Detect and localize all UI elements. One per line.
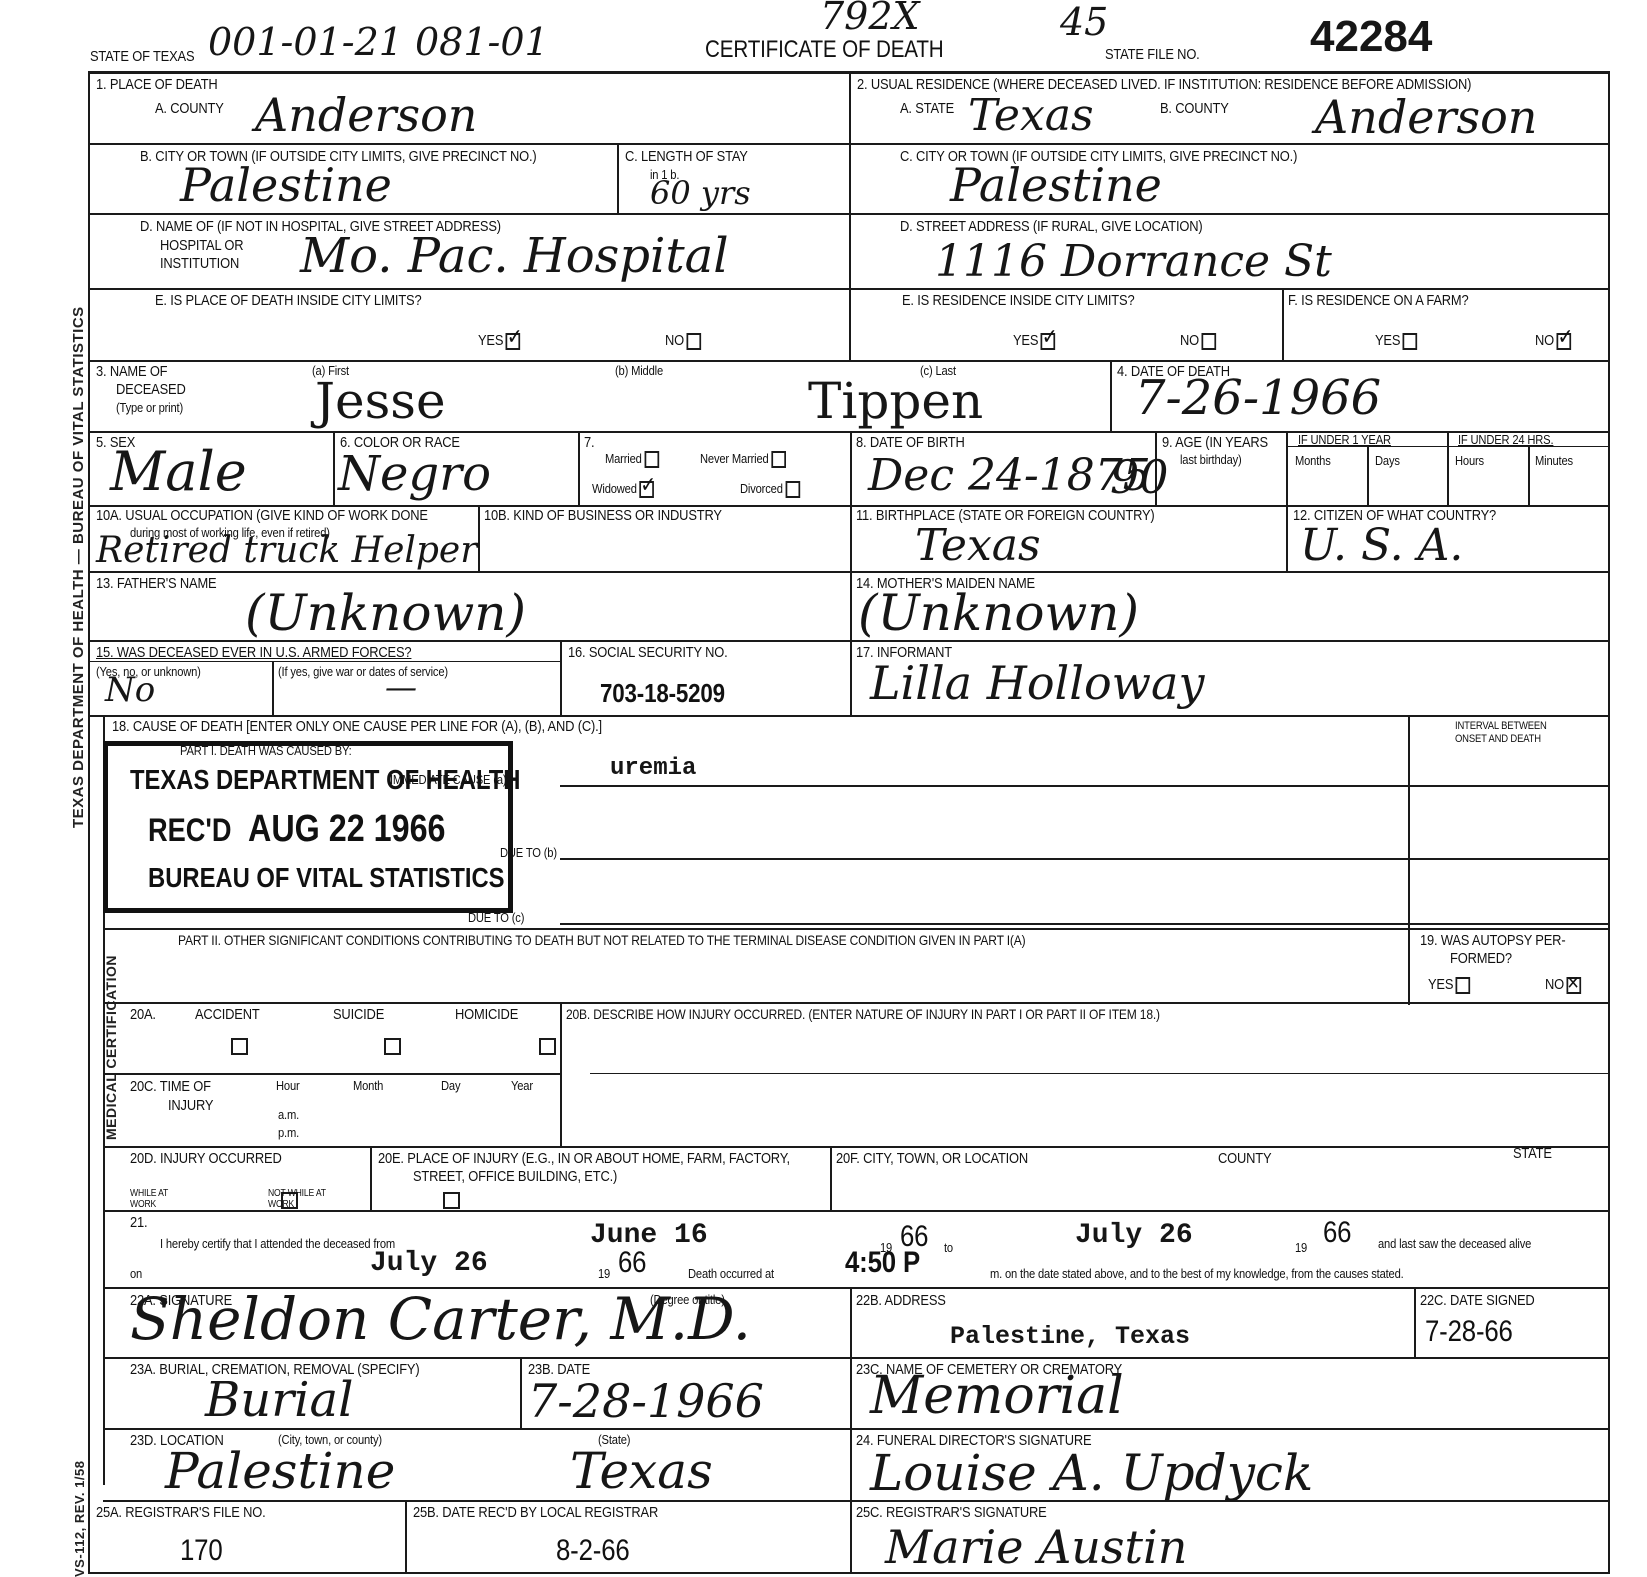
ssn-label: 16. SOCIAL SECURITY NO.	[568, 644, 728, 661]
married-label: Married	[605, 451, 642, 466]
checkbox-checked[interactable]	[639, 481, 654, 498]
marital-married[interactable]: Married	[605, 451, 659, 468]
name-label-3: (Type or print)	[116, 400, 183, 415]
marital-never-married[interactable]: Never Married	[700, 451, 786, 468]
state-file-label: STATE FILE NO.	[1105, 46, 1200, 63]
describe-injury-label: 20b. DESCRIBE HOW INJURY OCCURRED. (Ente…	[566, 1006, 1160, 1022]
month-label: Month	[353, 1078, 383, 1093]
marital-divorced[interactable]: Divorced	[740, 481, 800, 498]
physician-signature[interactable]: Sheldon Carter, M.D.	[130, 1285, 751, 1353]
ssn-value[interactable]: 703-18-5209	[600, 678, 725, 709]
time-of-injury-label-2: INJURY	[168, 1097, 213, 1114]
nineteen-3: 19	[598, 1266, 610, 1281]
form-number: VS-112, REV. 1/58	[72, 1461, 87, 1577]
death-occurred-label: Death occurred at	[688, 1266, 774, 1281]
checkbox-empty[interactable]	[785, 481, 800, 498]
physician-address-label: 22b. ADDRESS	[856, 1292, 946, 1309]
hospital-value[interactable]: Mo. Pac. Hospital	[300, 228, 729, 284]
handwritten-near-file: 45	[1060, 0, 1108, 44]
informant-value[interactable]: Lilla Holloway	[870, 656, 1204, 710]
registrar-date-label: 25b. DATE REC'D BY LOCAL REGISTRAR	[413, 1504, 658, 1521]
months-label: Months	[1295, 453, 1331, 468]
certification-number: 21.	[130, 1214, 147, 1231]
checkbox-empty[interactable]	[771, 451, 786, 468]
year-label: Year	[511, 1078, 533, 1093]
injury-state-label: STATE	[1513, 1145, 1552, 1162]
place-of-injury-label: 20e. PLACE OF INJURY (e.g., in or about …	[378, 1150, 790, 1167]
checkbox-empty[interactable]	[1456, 977, 1471, 994]
age-value[interactable]: 90	[1110, 450, 1169, 504]
yes-label: YES	[1428, 976, 1453, 993]
no-label: NO	[665, 332, 684, 349]
last-seen-date[interactable]: July 26	[370, 1248, 488, 1279]
length-of-stay-value[interactable]: 60 yrs	[650, 174, 751, 212]
date-signed-value[interactable]: 7-28-66	[1425, 1315, 1513, 1349]
residence-county-label: b. COUNTY	[1160, 100, 1229, 117]
hospital-label-3: INSTITUTION	[160, 255, 239, 272]
time-of-injury-label: 20c. TIME OF	[130, 1078, 211, 1095]
residence-inside-limits-label: e. IS RESIDENCE INSIDE CITY LIMITS?	[902, 292, 1134, 309]
sex-value[interactable]: Male	[110, 440, 247, 503]
funeral-director-signature[interactable]: Louise A. Updyck	[870, 1444, 1313, 1502]
hospital-label-2: HOSPITAL OR	[160, 237, 243, 254]
part2-label: PART II. OTHER SIGNIFICANT CONDITIONS CO…	[178, 932, 1025, 948]
armed-forces-value[interactable]: No	[105, 670, 155, 710]
farm-no[interactable]: NO	[1535, 332, 1571, 350]
received-stamp: TEXAS DEPARTMENT OF HEALTH REC'D AUG 22 …	[103, 741, 513, 913]
place-of-death-label: 1. PLACE OF DEATH	[96, 76, 218, 93]
location-city-value[interactable]: Palestine	[165, 1442, 395, 1500]
checkbox-empty[interactable]	[1202, 333, 1217, 350]
autopsy-label-2: FORMED?	[1450, 950, 1512, 967]
am-label: a.m.	[278, 1107, 299, 1122]
residence-state-value[interactable]: Texas	[968, 90, 1094, 141]
burial-value[interactable]: Burial	[205, 1372, 353, 1428]
hours-label: Hours	[1455, 453, 1484, 468]
minutes-label: Minutes	[1535, 453, 1573, 468]
hour-label: Hour	[276, 1078, 300, 1093]
handwritten-code: 001-01-21 081-01	[208, 20, 549, 64]
certificate-title: CERTIFICATE OF DEATH	[705, 36, 944, 64]
registrar-signature[interactable]: Marie Austin	[885, 1520, 1187, 1574]
immediate-cause-value[interactable]: uremia	[610, 755, 696, 782]
homicide-checkbox[interactable]	[539, 1038, 556, 1055]
cemetery-value[interactable]: Memorial	[870, 1366, 1124, 1426]
occupation-value[interactable]: Retired truck Helper	[96, 530, 477, 571]
farm-yes[interactable]: YES	[1375, 332, 1418, 350]
attended-from-date[interactable]: June 16	[590, 1220, 708, 1251]
birthplace-value[interactable]: Texas	[915, 520, 1041, 571]
mother-name-value[interactable]: (Unknown)	[858, 584, 1139, 642]
father-name-label: 13. FATHER'S NAME	[96, 575, 216, 592]
date-signed-label: 22c. DATE SIGNED	[1420, 1292, 1535, 1309]
registrar-file-label: 25a. REGISTRAR'S FILE NO.	[96, 1504, 266, 1521]
checkbox-checked[interactable]	[1557, 333, 1572, 350]
name-label: 3. NAME OF	[96, 363, 167, 380]
under-1-year-label: IF UNDER 1 YEAR	[1298, 432, 1391, 447]
while-at-work-label: WHILE AT WORK	[130, 1188, 182, 1210]
residence-inside-limits-yes[interactable]: YES	[1013, 332, 1056, 350]
interval-label-2: ONSET AND DEATH	[1455, 733, 1541, 745]
certify-text-2: and last saw the deceased alive	[1378, 1236, 1531, 1251]
yes-label: YES	[478, 332, 503, 349]
accident-label: ACCIDENT	[195, 1006, 260, 1023]
autopsy-no[interactable]: NO	[1545, 976, 1581, 994]
injury-county-label: COUNTY	[1218, 1150, 1271, 1167]
cause-of-death-label: 18. CAUSE OF DEATH [Enter only one cause…	[112, 718, 602, 735]
race-value[interactable]: Negro	[338, 446, 491, 502]
death-time-value[interactable]: 4:50 P	[845, 1246, 920, 1280]
death-inside-limits-no[interactable]: NO	[665, 332, 701, 350]
handwritten-above-title: 792X	[820, 0, 920, 38]
suicide-label: SUICIDE	[333, 1006, 384, 1023]
location-state-value[interactable]: Texas	[570, 1442, 713, 1500]
injury-type-label: 20a.	[130, 1006, 156, 1023]
death-county-label: a. COUNTY	[155, 100, 224, 117]
father-name-value[interactable]: (Unknown)	[245, 584, 526, 642]
checkbox-empty[interactable]	[687, 333, 702, 350]
suicide-checkbox[interactable]	[384, 1038, 401, 1055]
farm-label: f. IS RESIDENCE ON A FARM?	[1288, 292, 1468, 309]
stamp-recd: REC'D	[148, 812, 232, 849]
on-label: on	[130, 1266, 142, 1281]
age-label: 9. AGE (In years	[1162, 434, 1268, 451]
attended-to-date[interactable]: July 26	[1075, 1220, 1193, 1251]
residence-inside-limits-no[interactable]: NO	[1180, 332, 1216, 350]
date-of-death-value[interactable]: 7-26-1966	[1135, 370, 1381, 426]
middle-name-label: (b) Middle	[615, 363, 663, 378]
occupation-label: 10a. USUAL OCCUPATION (Give kind of work…	[96, 507, 428, 524]
birth-date-label: 8. DATE OF BIRTH	[856, 434, 965, 451]
checkbox-checked[interactable]	[1041, 333, 1056, 350]
registrar-date-value[interactable]: 8-2-66	[556, 1534, 630, 1568]
registrar-signature-label: 25c. REGISTRAR'S SIGNATURE	[856, 1504, 1047, 1521]
stamp-date: AUG 22 1966	[248, 808, 446, 851]
stamp-bureau: BUREAU OF VITAL STATISTICS	[148, 862, 505, 894]
yes-label: YES	[1375, 332, 1400, 349]
state-of-texas-label: STATE OF TEXAS	[90, 48, 194, 65]
not-at-work-checkbox[interactable]	[443, 1192, 460, 1209]
stamp-department: TEXAS DEPARTMENT OF HEALTH	[130, 764, 520, 796]
pm-label: p.m.	[278, 1125, 299, 1140]
last-name-value[interactable]: Tippen	[808, 372, 983, 430]
registrar-file-value[interactable]: 170	[180, 1534, 223, 1568]
yes-label: YES	[1013, 332, 1038, 349]
physician-address-value[interactable]: Palestine, Texas	[950, 1322, 1190, 1351]
checkbox-empty[interactable]	[644, 451, 659, 468]
no-label: NO	[1180, 332, 1199, 349]
interval-label: INTERVAL BETWEEN	[1455, 720, 1547, 732]
divorced-label: Divorced	[740, 481, 783, 496]
death-county-value[interactable]: Anderson	[255, 88, 477, 142]
armed-forces-sub2: (If yes, give war or dates of service)	[278, 664, 448, 679]
death-inside-limits-label: e. IS PLACE OF DEATH INSIDE CITY LIMITS?	[155, 292, 421, 309]
vertical-department-label: TEXAS DEPARTMENT OF HEALTH — BUREAU OF V…	[70, 306, 87, 828]
checkbox-checked[interactable]	[506, 333, 521, 350]
residence-city-value[interactable]: Palestine	[950, 158, 1162, 212]
days-label: Days	[1375, 453, 1400, 468]
last-seen-year[interactable]: 66	[618, 1246, 646, 1280]
autopsy-label: 19. WAS AUTOPSY PER-	[1420, 932, 1565, 949]
never-married-label: Never Married	[700, 451, 769, 466]
widowed-label: Widowed	[592, 481, 637, 496]
injury-city-label: 20f. CITY, TOWN, OR LOCATION	[836, 1150, 1028, 1167]
birth-date-value[interactable]: Dec 24-1875	[868, 450, 1151, 501]
length-of-stay-label: c. LENGTH OF STAY	[625, 148, 748, 165]
attended-to-year[interactable]: 66	[1323, 1216, 1351, 1250]
burial-date-value[interactable]: 7-28-1966	[528, 1374, 764, 1428]
citizen-value[interactable]: U. S. A.	[1300, 520, 1463, 571]
business-label: 10b. KIND OF BUSINESS OR INDUSTRY	[484, 507, 722, 524]
medical-certification-label: MEDICAL CERTIFICATION	[103, 955, 119, 1140]
residence-county-value[interactable]: Anderson	[1315, 90, 1537, 144]
name-label-2: DECEASED	[116, 381, 186, 398]
street-address-value[interactable]: 1116 Dorrance St	[935, 236, 1332, 287]
checkbox-x[interactable]	[1567, 977, 1582, 994]
checkbox-empty[interactable]	[1403, 333, 1418, 350]
day-label: Day	[441, 1078, 460, 1093]
armed-forces-label: 15. WAS DECEASED EVER IN U.S. ARMED FORC…	[96, 644, 411, 661]
no-label: NO	[1545, 976, 1564, 993]
not-at-work-label: NOT WHILE AT WORK	[268, 1188, 328, 1210]
state-file-number: 42284	[1310, 12, 1432, 62]
certify-text-1: I hereby certify that I attended the dec…	[160, 1236, 395, 1251]
death-inside-limits-yes[interactable]: YES	[478, 332, 521, 350]
armed-forces-dates[interactable]: —	[385, 668, 417, 706]
to-label: to	[944, 1240, 953, 1255]
under-24-hrs-label: IF UNDER 24 HRS.	[1458, 432, 1553, 447]
nineteen-2: 19	[1295, 1240, 1307, 1255]
residence-state-label: a. STATE	[900, 100, 954, 117]
autopsy-yes[interactable]: YES	[1428, 976, 1471, 994]
street-address-label: d. STREET ADDRESS (If rural, give locati…	[900, 218, 1203, 235]
certify-text-3: m. on the date stated above, and to the …	[990, 1266, 1404, 1281]
death-city-value[interactable]: Palestine	[180, 158, 392, 212]
homicide-label: HOMICIDE	[455, 1006, 518, 1023]
first-name-value[interactable]: Jesse	[315, 372, 446, 430]
accident-checkbox[interactable]	[231, 1038, 248, 1055]
injury-occurred-label: 20d. INJURY OCCURRED	[130, 1150, 282, 1167]
marital-widowed[interactable]: Widowed	[592, 481, 654, 498]
marital-label: 7.	[584, 434, 594, 451]
age-label-2: last birthday)	[1180, 452, 1242, 467]
no-label: NO	[1535, 332, 1554, 349]
place-of-injury-label-2: street, office building, etc.)	[413, 1168, 617, 1185]
